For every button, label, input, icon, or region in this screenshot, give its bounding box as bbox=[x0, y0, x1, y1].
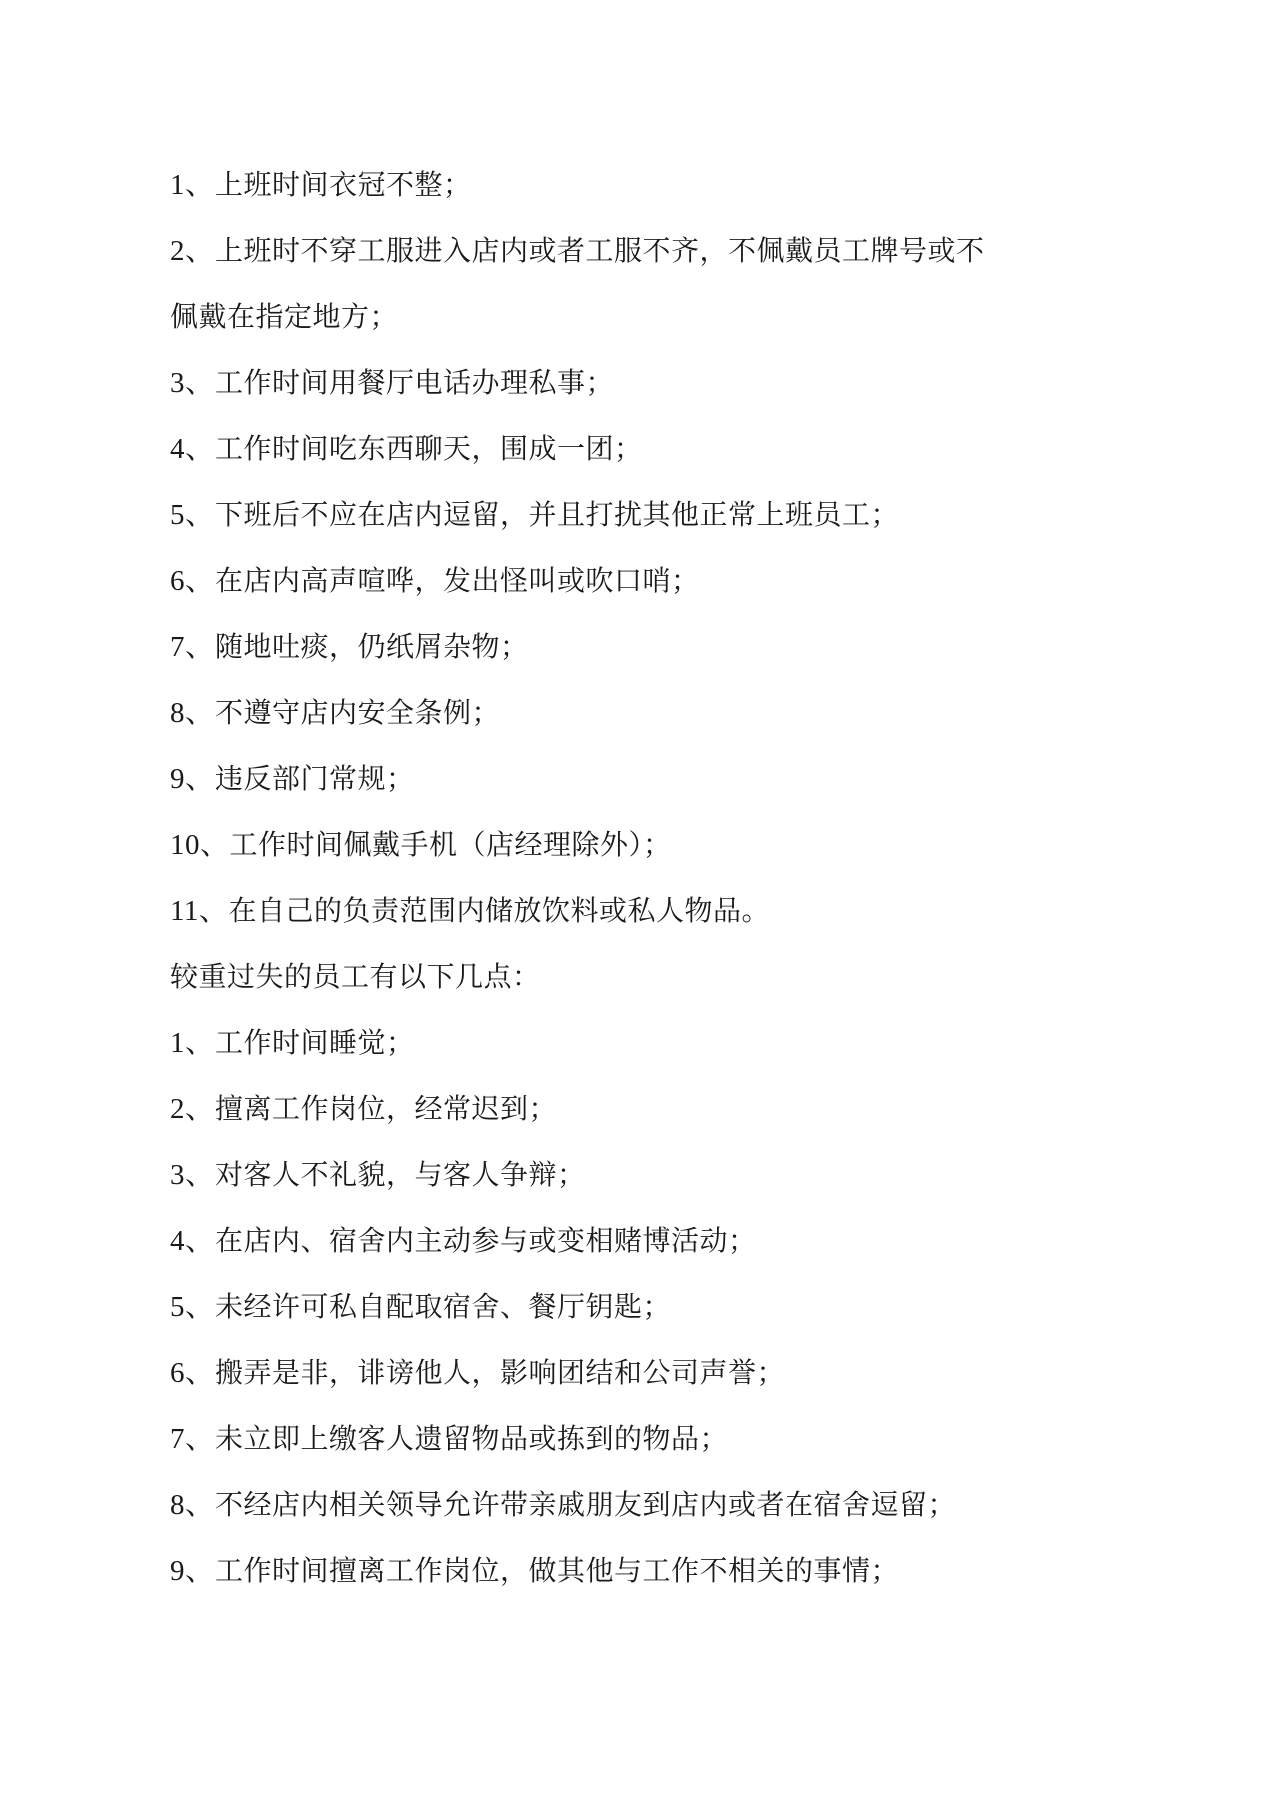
item-number: 7、 bbox=[170, 614, 215, 680]
item-number: 1、 bbox=[170, 1010, 215, 1076]
item-number: 2、 bbox=[170, 218, 215, 284]
item-number: 11、 bbox=[170, 878, 228, 944]
item-text: 工作时间吃东西聊天，围成一团； bbox=[215, 433, 643, 464]
list-item: 4、工作时间吃东西聊天，围成一团； bbox=[170, 416, 1002, 482]
section-heading: 较重过失的员工有以下几点： bbox=[170, 944, 1002, 1010]
item-text: 不遵守店内安全条例； bbox=[215, 697, 500, 728]
item-number: 6、 bbox=[170, 548, 215, 614]
document-body: 1、上班时间衣冠不整； 2、上班时不穿工服进入店内或者工服不齐，不佩戴员工牌号或… bbox=[170, 152, 1002, 1604]
list-item: 3、工作时间用餐厅电话办理私事； bbox=[170, 350, 1002, 416]
list-item: 6、搬弄是非，诽谤他人，影响团结和公司声誉； bbox=[170, 1340, 1002, 1406]
document-page: 1、上班时间衣冠不整； 2、上班时不穿工服进入店内或者工服不齐，不佩戴员工牌号或… bbox=[0, 0, 1280, 1802]
item-text: 搬弄是非，诽谤他人，影响团结和公司声誉； bbox=[215, 1357, 785, 1388]
list-item: 9、违反部门常规； bbox=[170, 746, 1002, 812]
item-text: 工作时间睡觉； bbox=[215, 1027, 415, 1058]
list-item: 5、未经许可私自配取宿舍、餐厅钥匙； bbox=[170, 1274, 1002, 1340]
list-item: 6、在店内高声喧哗，发出怪叫或吹口哨； bbox=[170, 548, 1002, 614]
item-number: 9、 bbox=[170, 746, 215, 812]
item-text: 未经许可私自配取宿舍、餐厅钥匙； bbox=[215, 1291, 671, 1322]
item-number: 4、 bbox=[170, 416, 215, 482]
item-text: 上班时间衣冠不整； bbox=[215, 169, 472, 200]
item-number: 8、 bbox=[170, 680, 215, 746]
item-text: 随地吐痰，仍纸屑杂物； bbox=[215, 631, 529, 662]
item-text: 工作时间擅离工作岗位，做其他与工作不相关的事情； bbox=[215, 1555, 899, 1586]
list-item: 2、上班时不穿工服进入店内或者工服不齐，不佩戴员工牌号或不佩戴在指定地方； bbox=[170, 218, 1002, 350]
list-item: 10、工作时间佩戴手机（店经理除外）； bbox=[170, 812, 1002, 878]
item-text: 违反部门常规； bbox=[215, 763, 415, 794]
list-item: 4、在店内、宿舍内主动参与或变相赌博活动； bbox=[170, 1208, 1002, 1274]
list-item: 8、不遵守店内安全条例； bbox=[170, 680, 1002, 746]
item-text: 在自己的负责范围内储放饮料或私人物品。 bbox=[228, 895, 770, 926]
list-item: 5、下班后不应在店内逗留，并且打扰其他正常上班员工； bbox=[170, 482, 1002, 548]
item-number: 3、 bbox=[170, 350, 215, 416]
item-text: 对客人不礼貌，与客人争辩； bbox=[215, 1159, 586, 1190]
item-text: 上班时不穿工服进入店内或者工服不齐，不佩戴员工牌号或不佩戴在指定地方； bbox=[170, 235, 985, 332]
item-text: 未立即上缴客人遗留物品或拣到的物品； bbox=[215, 1423, 728, 1454]
item-text: 工作时间佩戴手机（店经理除外）； bbox=[230, 829, 672, 860]
item-text: 工作时间用餐厅电话办理私事； bbox=[215, 367, 614, 398]
item-number: 10、 bbox=[170, 812, 230, 878]
item-number: 6、 bbox=[170, 1340, 215, 1406]
item-number: 9、 bbox=[170, 1538, 215, 1604]
list-item: 2、擅离工作岗位，经常迟到； bbox=[170, 1076, 1002, 1142]
item-text: 在店内高声喧哗，发出怪叫或吹口哨； bbox=[215, 565, 700, 596]
list-item: 7、随地吐痰，仍纸屑杂物； bbox=[170, 614, 1002, 680]
item-number: 5、 bbox=[170, 482, 215, 548]
item-number: 5、 bbox=[170, 1274, 215, 1340]
list-item: 8、不经店内相关领导允许带亲戚朋友到店内或者在宿舍逗留； bbox=[170, 1472, 1002, 1538]
list-item: 7、未立即上缴客人遗留物品或拣到的物品； bbox=[170, 1406, 1002, 1472]
list-item: 11、在自己的负责范围内储放饮料或私人物品。 bbox=[170, 878, 1002, 944]
item-text: 在店内、宿舍内主动参与或变相赌博活动； bbox=[215, 1225, 757, 1256]
item-number: 4、 bbox=[170, 1208, 215, 1274]
list-item: 9、工作时间擅离工作岗位，做其他与工作不相关的事情； bbox=[170, 1538, 1002, 1604]
item-number: 8、 bbox=[170, 1472, 215, 1538]
item-text: 擅离工作岗位，经常迟到； bbox=[215, 1093, 557, 1124]
list-item: 1、上班时间衣冠不整； bbox=[170, 152, 1002, 218]
list-item: 1、工作时间睡觉； bbox=[170, 1010, 1002, 1076]
item-text: 下班后不应在店内逗留，并且打扰其他正常上班员工； bbox=[215, 499, 899, 530]
list-item: 3、对客人不礼貌，与客人争辩； bbox=[170, 1142, 1002, 1208]
item-number: 1、 bbox=[170, 152, 215, 218]
item-number: 3、 bbox=[170, 1142, 215, 1208]
item-text: 不经店内相关领导允许带亲戚朋友到店内或者在宿舍逗留； bbox=[215, 1489, 956, 1520]
item-number: 7、 bbox=[170, 1406, 215, 1472]
item-number: 2、 bbox=[170, 1076, 215, 1142]
